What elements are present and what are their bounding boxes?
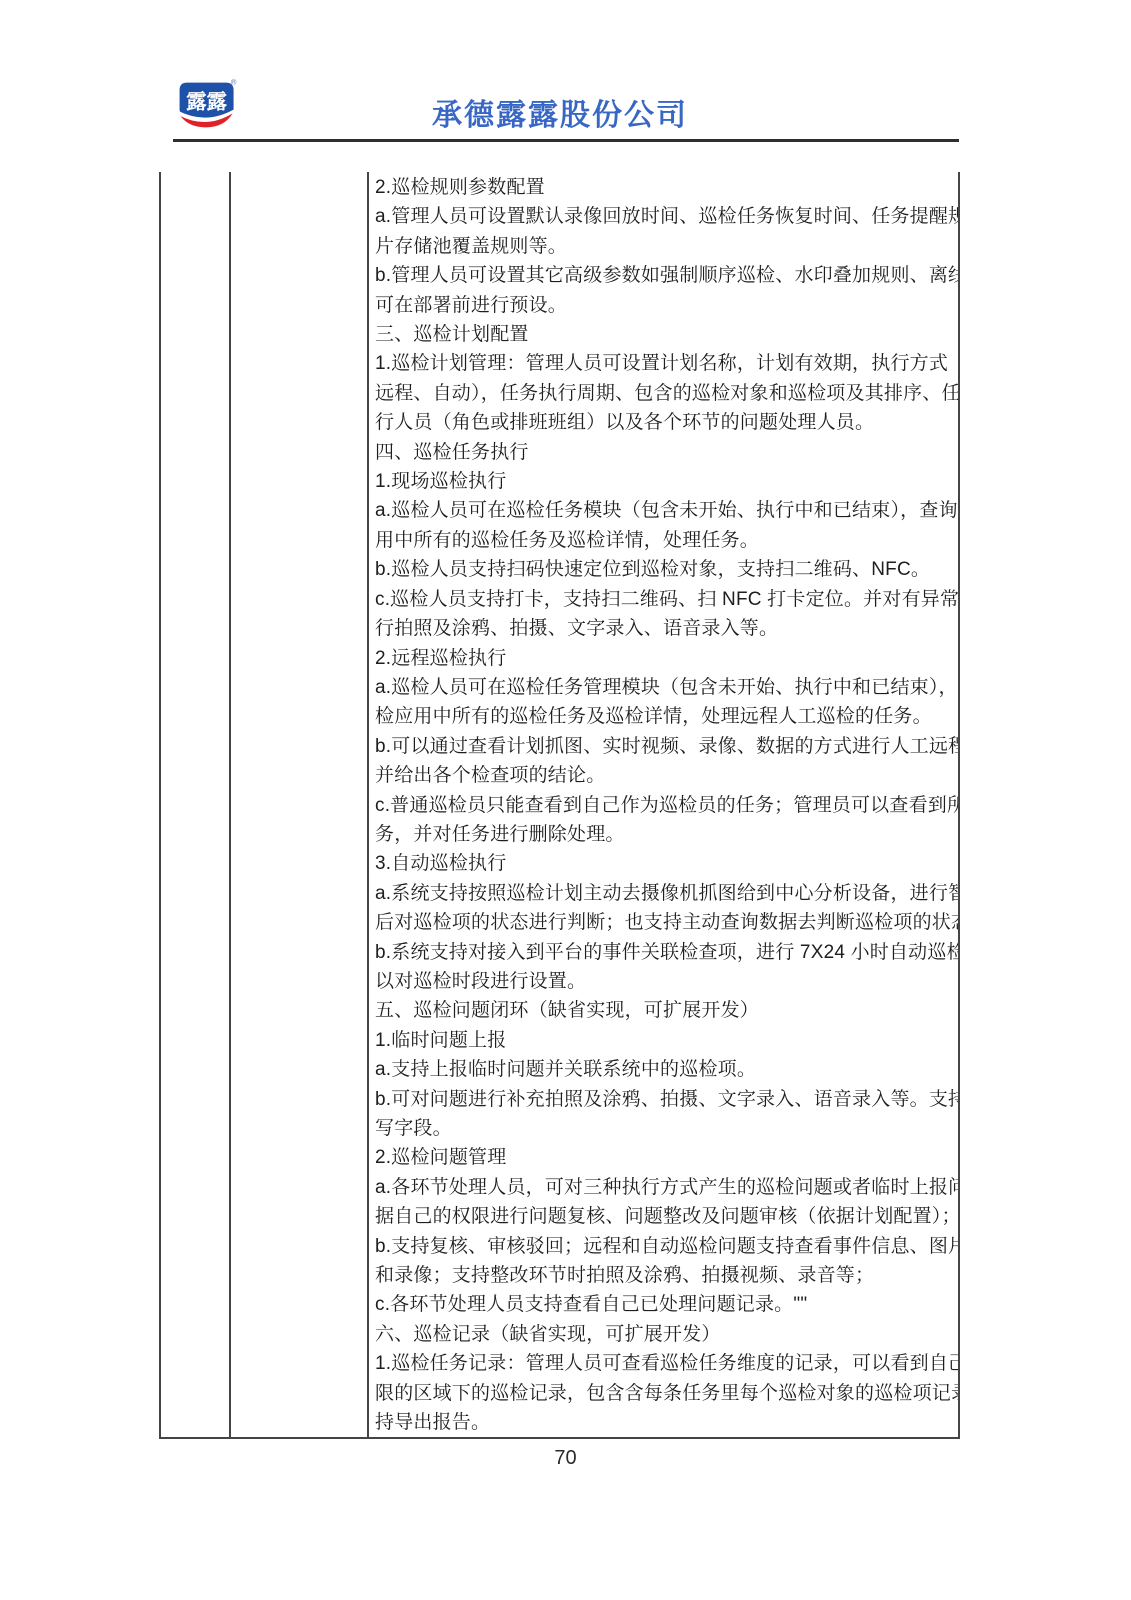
spec-text-line: 限的区域下的巡检记录，包含含每条任务里每个巡检对象的巡检项记录。支	[375, 1379, 954, 1408]
spec-text-line: c.各环节处理人员支持查看自己已处理问题记录。""	[375, 1290, 954, 1319]
spec-text-line: a.支持上报临时问题并关联系统中的巡检项。	[375, 1055, 954, 1084]
spec-text-line: 片存储池覆盖规则等。	[375, 232, 954, 261]
page-number: 70	[554, 1447, 576, 1469]
spec-text-line: 检应用中所有的巡检任务及巡检详情，处理远程人工巡检的任务。	[375, 702, 954, 731]
header-divider	[173, 139, 959, 142]
spec-text-line: 四、巡检任务执行	[375, 438, 954, 467]
spec-text-line: 五、巡检问题闭环（缺省实现，可扩展开发）	[375, 996, 954, 1025]
spec-text-line: b.可对问题进行补充拍照及涂鸦、拍摄、文字录入、语音录入等。支持扩展填	[375, 1085, 954, 1114]
table-cell-empty-2	[231, 172, 369, 1437]
spec-text-line: a.巡检人员可在巡检任务管理模块（包含未开始、执行中和已结束），查询巡	[375, 673, 954, 702]
spec-text-line: 可在部署前进行预设。	[375, 291, 954, 320]
registered-trademark-icon: ®	[231, 78, 237, 87]
spec-text-line: 1.临时问题上报	[375, 1026, 954, 1055]
spec-text-line: 用中所有的巡检任务及巡检详情，处理任务。	[375, 526, 954, 555]
spec-text-line: 行人员（角色或排班班组）以及各个环节的问题处理人员。	[375, 408, 954, 437]
table-cell-empty-1	[161, 172, 231, 1437]
spec-text-line: 持导出报告。	[375, 1408, 954, 1437]
spec-text-line: 远程、自动），任务执行周期、包含的巡检对象和巡检项及其排序、任务执	[375, 379, 954, 408]
spec-text-line: 行拍照及涂鸦、拍摄、文字录入、语音录入等。	[375, 614, 954, 643]
spec-text-line: 务，并对任务进行删除处理。	[375, 820, 954, 849]
table-cell-spec-text: 2.巡检规则参数配置 a.管理人员可设置默认录像回放时间、巡检任务恢复时间、任务…	[369, 172, 958, 1437]
spec-text-line: b.管理人员可设置其它高级参数如强制顺序巡检、水印叠加规则、离线模式等，	[375, 261, 954, 290]
spec-text-line: a.系统支持按照巡检计划主动去摄像机抓图给到中心分析设备，进行智能分析	[375, 879, 954, 908]
spec-text-line: 以对巡检时段进行设置。	[375, 967, 954, 996]
spec-text-line: 2.巡检规则参数配置	[375, 173, 954, 202]
spec-text-line: c.巡检人员支持打卡，支持扫二维码、扫 NFC 打卡定位。并对有异常的项进	[375, 585, 954, 614]
spec-text-line: b.巡检人员支持扫码快速定位到巡检对象，支持扫二维码、NFC。	[375, 555, 954, 584]
spec-text-line: a.各环节处理人员，可对三种执行方式产生的巡检问题或者临时上报问题，根	[375, 1173, 954, 1202]
spec-text-line: 3.自动巡检执行	[375, 849, 954, 878]
spec-text-line: 并给出各个检查项的结论。	[375, 761, 954, 790]
spec-text-line: 1.现场巡检执行	[375, 467, 954, 496]
spec-text-line: 三、巡检计划配置	[375, 320, 954, 349]
spec-text-line: 写字段。	[375, 1114, 954, 1143]
requirements-table: 2.巡检规则参数配置 a.管理人员可设置默认录像回放时间、巡检任务恢复时间、任务…	[159, 172, 960, 1439]
spec-text-line: b.可以通过查看计划抓图、实时视频、录像、数据的方式进行人工远程检查，	[375, 732, 954, 761]
document-page: 露露 ® 承德露露股份公司 2.巡检规则参数配置 a.管理人员可设置默认录像回放…	[0, 0, 1131, 1600]
spec-text-line: 2.巡检问题管理	[375, 1143, 954, 1172]
page-footer: 70	[0, 1447, 1131, 1470]
spec-text-line: 六、巡检记录（缺省实现，可扩展开发）	[375, 1320, 954, 1349]
spec-text-line: c.普通巡检员只能查看到自己作为巡检员的任务；管理员可以查看到所有的任	[375, 791, 954, 820]
spec-text-line: b.支持复核、审核驳回；远程和自动巡检问题支持查看事件信息、图片、视频	[375, 1232, 954, 1261]
spec-text-line: 后对巡检项的状态进行判断；也支持主动查询数据去判断巡检项的状态。	[375, 908, 954, 937]
spec-text-line: 1.巡检计划管理：管理人员可设置计划名称，计划有效期，执行方式（现场、	[375, 349, 954, 378]
spec-text-line: b.系统支持对接入到平台的事件关联检查项，进行 7X24 小时自动巡检；也可	[375, 938, 954, 967]
spec-text-line: 和录像；支持整改环节时拍照及涂鸦、拍摄视频、录音等；	[375, 1261, 954, 1290]
spec-text-line: 1.巡检任务记录：管理人员可查看巡检任务维度的记录，可以看到自己有的权	[375, 1349, 954, 1378]
spec-text-line: 据自己的权限进行问题复核、问题整改及问题审核（依据计划配置）；	[375, 1202, 954, 1231]
company-title: 承德露露股份公司	[160, 98, 960, 134]
spec-text-line: 2.远程巡检执行	[375, 644, 954, 673]
spec-text-line: a.管理人员可设置默认录像回放时间、巡检任务恢复时间、任务提醒规则、图	[375, 202, 954, 231]
spec-text-line: a.巡检人员可在巡检任务模块（包含未开始、执行中和已结束），查询巡检应	[375, 496, 954, 525]
